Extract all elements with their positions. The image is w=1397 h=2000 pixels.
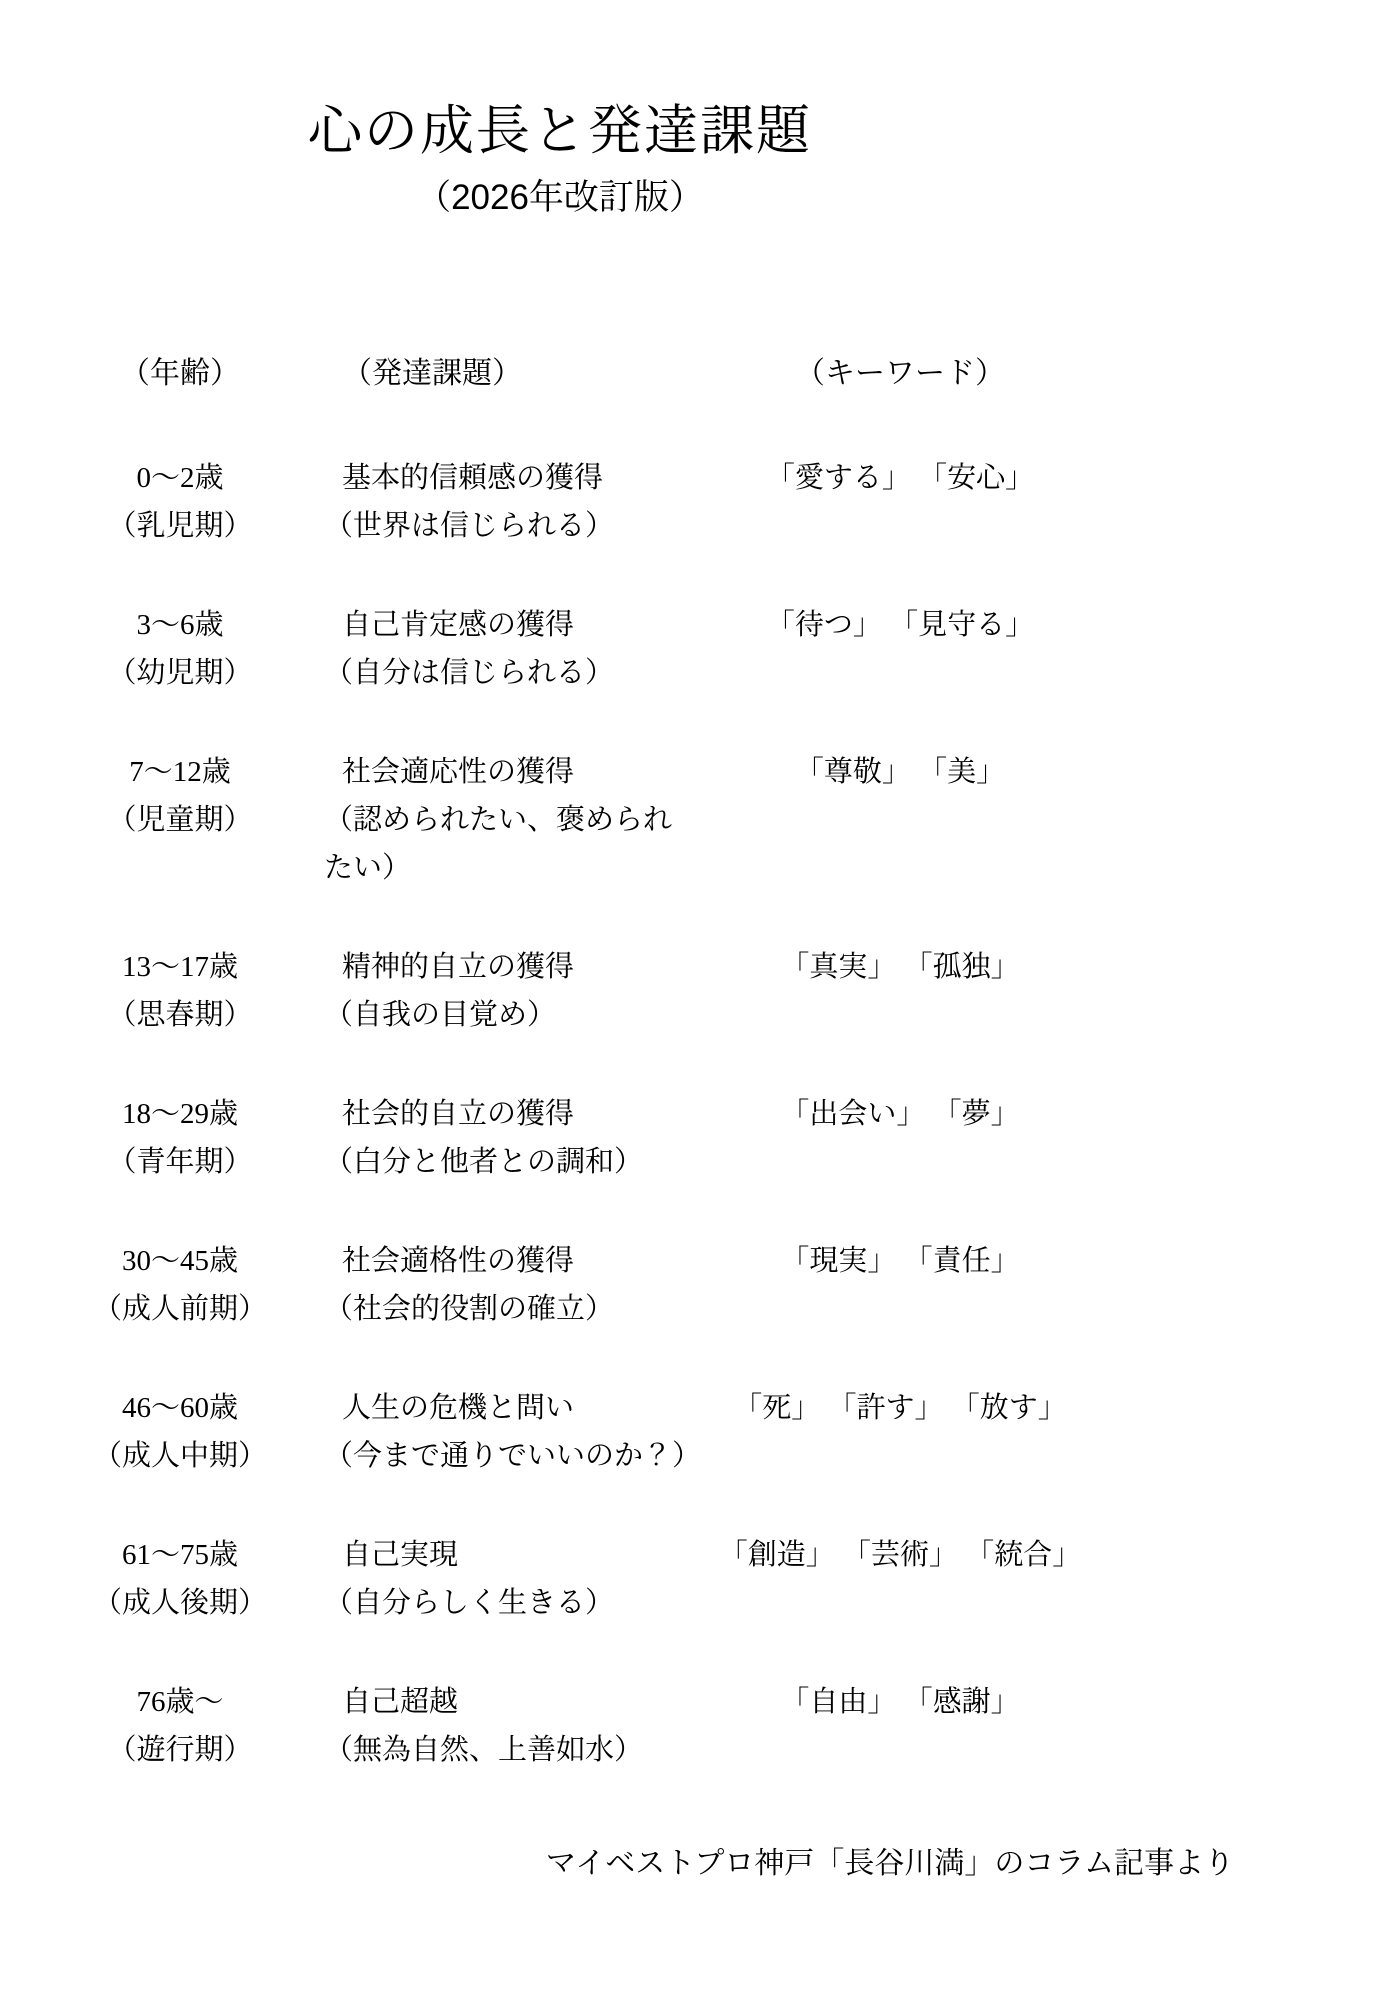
page-title: 心の成長と発達課題 bbox=[0, 88, 1120, 165]
keywords: 「尊敬」 「美」 bbox=[690, 748, 1110, 892]
task-note: （白分と他者との調和） bbox=[324, 1138, 690, 1186]
task-note: （認められたい、褒められたい） bbox=[324, 796, 690, 892]
task: 社会適格性の獲得 bbox=[324, 1237, 690, 1285]
task: 自己実現 bbox=[324, 1531, 690, 1579]
table-row: 0～2歳 （乳児期） 基本的信頼感の獲得 （世界は信じられる） 「愛する」 「安… bbox=[0, 454, 1397, 550]
age-range: 3～6歳 bbox=[60, 601, 300, 649]
age-range: 61～75歳 bbox=[60, 1531, 300, 1579]
header-task: （発達課題） bbox=[300, 352, 690, 396]
life-stage: （青年期） bbox=[60, 1138, 300, 1186]
life-stage: （成人後期） bbox=[60, 1579, 300, 1627]
life-stage: （思春期） bbox=[60, 991, 300, 1039]
keywords: 「真実」 「孤独」 bbox=[690, 943, 1110, 1039]
table-row: 46～60歳 （成人中期） 人生の危機と問い （今まで通りでいいのか？） 「死」… bbox=[0, 1384, 1397, 1480]
task: 人生の危機と問い bbox=[324, 1384, 690, 1432]
life-stage: （遊行期） bbox=[60, 1726, 300, 1774]
keywords: 「待つ」 「見守る」 bbox=[690, 601, 1110, 697]
age-range: 0～2歳 bbox=[60, 454, 300, 502]
task-note: （無為自然、上善如水） bbox=[324, 1726, 690, 1774]
age-range: 46～60歳 bbox=[60, 1384, 300, 1432]
keywords: 「現実」 「責任」 bbox=[690, 1237, 1110, 1333]
document-page: 心の成長と発達課題 （2026年改訂版） （年齢） （発達課題） （キーワード）… bbox=[0, 0, 1397, 2000]
task-note: （社会的役割の確立） bbox=[324, 1285, 690, 1333]
task: 社会適応性の獲得 bbox=[324, 748, 690, 796]
table-row: 18～29歳 （青年期） 社会的自立の獲得 （白分と他者との調和） 「出会い」 … bbox=[0, 1090, 1397, 1186]
source-attribution: マイベストプロ神戸「長谷川満」のコラム記事より bbox=[400, 1838, 1380, 1882]
age-range: 13～17歳 bbox=[60, 943, 300, 991]
task: 基本的信頼感の獲得 bbox=[324, 454, 690, 502]
task: 社会的自立の獲得 bbox=[324, 1090, 690, 1138]
page-subtitle: （2026年改訂版） bbox=[0, 170, 1120, 220]
task-note: （自分らしく生きる） bbox=[324, 1579, 690, 1627]
table-row: 30～45歳 （成人前期） 社会適格性の獲得 （社会的役割の確立） 「現実」 「… bbox=[0, 1237, 1397, 1333]
life-stage: （児童期） bbox=[60, 796, 300, 844]
age-range: 7～12歳 bbox=[60, 748, 300, 796]
task-note: （世界は信じられる） bbox=[324, 502, 690, 550]
table-row: 61～75歳 （成人後期） 自己実現 （自分らしく生きる） 「創造」 「芸術」 … bbox=[0, 1531, 1397, 1627]
life-stage: （成人前期） bbox=[60, 1285, 300, 1333]
age-range: 76歳～ bbox=[60, 1678, 300, 1726]
table-row: 7～12歳 （児童期） 社会適応性の獲得 （認められたい、褒められたい） 「尊敬… bbox=[0, 748, 1397, 892]
task: 自己肯定感の獲得 bbox=[324, 601, 690, 649]
task: 自己超越 bbox=[324, 1678, 690, 1726]
header-age: （年齢） bbox=[60, 352, 300, 396]
keywords: 「出会い」 「夢」 bbox=[690, 1090, 1110, 1186]
keywords: 「創造」 「芸術」 「統合」 bbox=[690, 1531, 1110, 1627]
keywords: 「愛する」 「安心」 bbox=[690, 454, 1110, 550]
age-range: 18～29歳 bbox=[60, 1090, 300, 1138]
age-range: 30～45歳 bbox=[60, 1237, 300, 1285]
life-stage: （幼児期） bbox=[60, 649, 300, 697]
task-note: （今まで通りでいいのか？） bbox=[324, 1432, 690, 1480]
table-row: 13～17歳 （思春期） 精神的自立の獲得 （自我の目覚め） 「真実」 「孤独」 bbox=[0, 943, 1397, 1039]
table-header-row: （年齢） （発達課題） （キーワード） bbox=[0, 352, 1397, 396]
life-stage: （成人中期） bbox=[60, 1432, 300, 1480]
keywords: 「自由」 「感謝」 bbox=[690, 1678, 1110, 1774]
development-table: （年齢） （発達課題） （キーワード） 0～2歳 （乳児期） 基本的信頼感の獲得… bbox=[0, 352, 1397, 1825]
header-keyword: （キーワード） bbox=[690, 352, 1110, 396]
task: 精神的自立の獲得 bbox=[324, 943, 690, 991]
task-note: （自我の目覚め） bbox=[324, 991, 690, 1039]
task-note: （自分は信じられる） bbox=[324, 649, 690, 697]
table-row: 3～6歳 （幼児期） 自己肯定感の獲得 （自分は信じられる） 「待つ」 「見守る… bbox=[0, 601, 1397, 697]
keywords: 「死」 「許す」 「放す」 bbox=[690, 1384, 1110, 1480]
table-row: 76歳～ （遊行期） 自己超越 （無為自然、上善如水） 「自由」 「感謝」 bbox=[0, 1678, 1397, 1774]
life-stage: （乳児期） bbox=[60, 502, 300, 550]
